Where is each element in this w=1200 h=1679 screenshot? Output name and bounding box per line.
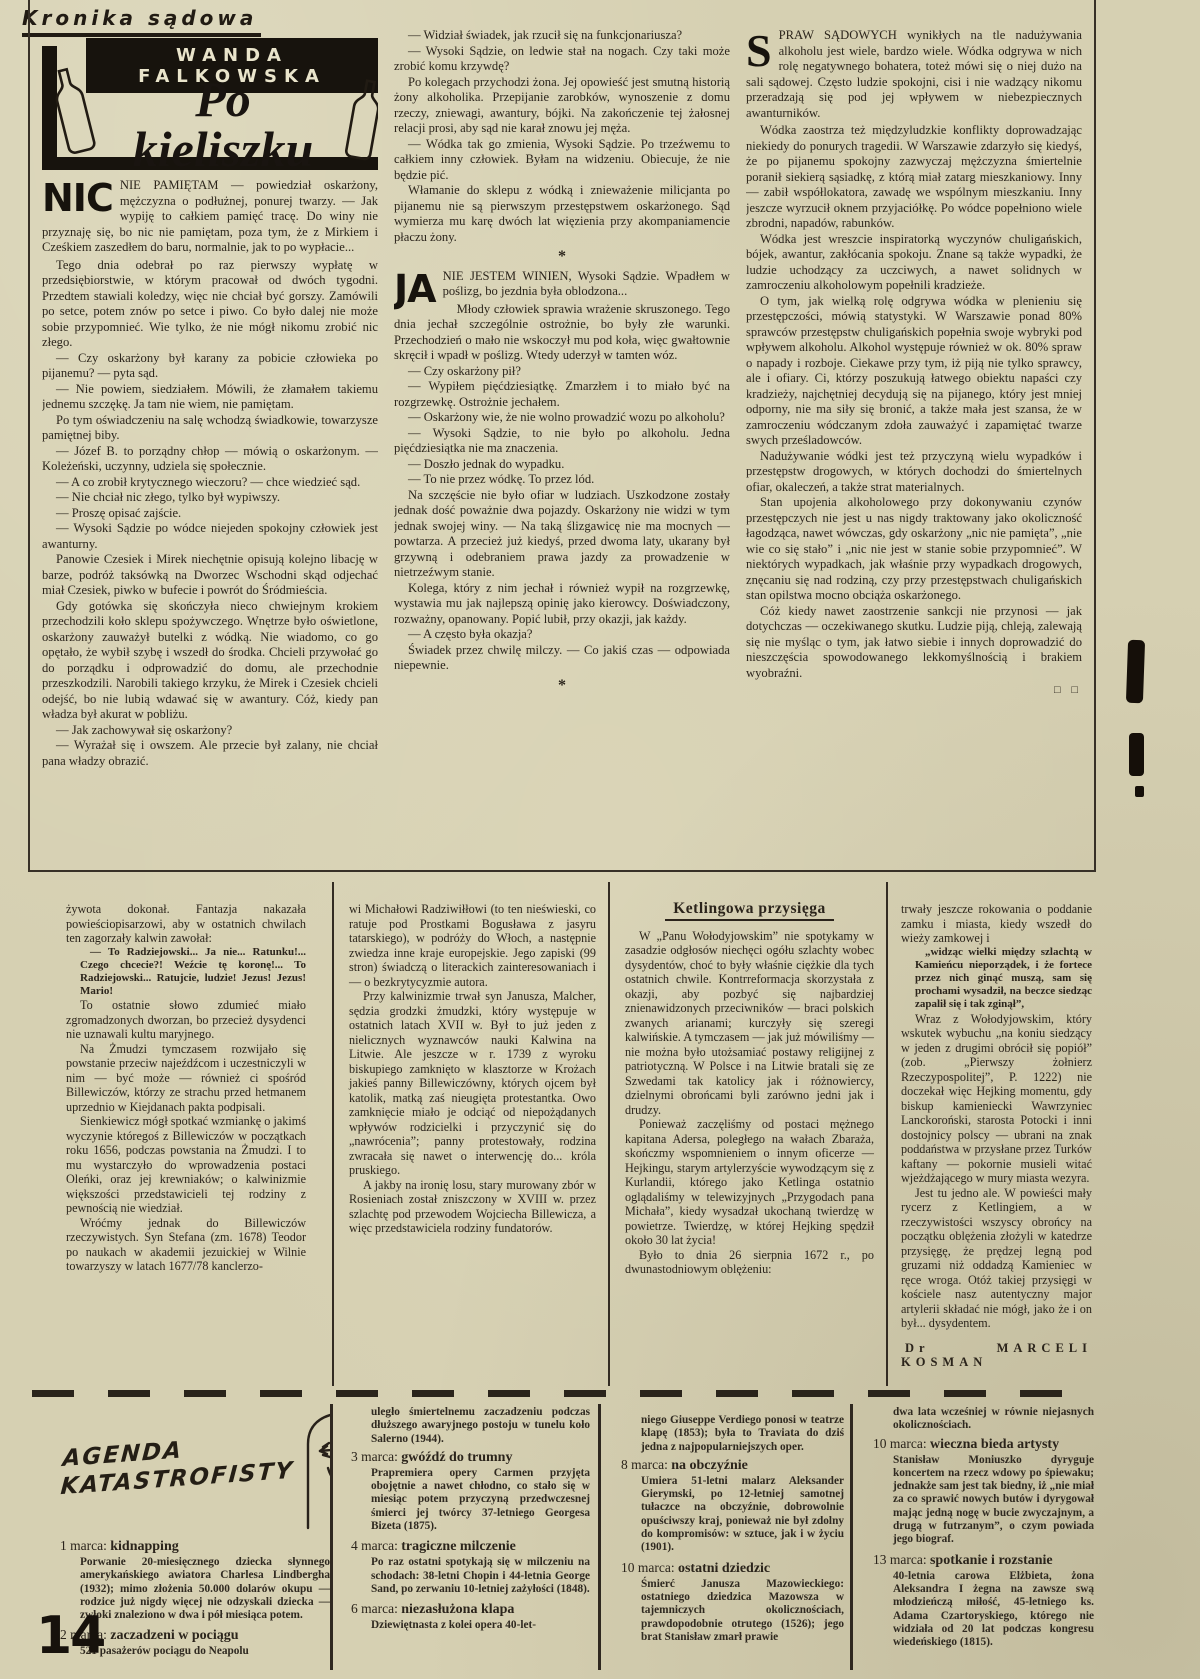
entry-title: spotkanie i rozstanie — [930, 1553, 1053, 1568]
paragraph: Gdy gotówka się skończyła nieco chwiejny… — [42, 599, 378, 723]
dropcap: S — [746, 32, 772, 70]
paragraph: — A często była okazja? — [394, 627, 730, 643]
lead-article-frame: WANDA FALKOWSKA Po kieliszku NICNIE PAMI… — [28, 0, 1096, 872]
agenda-column-3: niego Giuseppe Verdiego ponosi w teatrze… — [598, 1404, 850, 1670]
history-column-1: żywota dokonał. Fantazja nakazała powieś… — [28, 882, 332, 1386]
paragraph: „widząc wielki między szlachtą w Kamieńc… — [901, 946, 1092, 1012]
lead-article-column-1: WANDA FALKOWSKA Po kieliszku NICNIE PAMI… — [42, 0, 378, 870]
paragraph: Stan upojenia alkoholowego przy dokonywa… — [746, 495, 1082, 604]
paragraph-text: PRAW SĄDOWYCH wynikłych na tle nadużywan… — [746, 28, 1082, 120]
paragraph: Wódka jest wreszcie inspiratorką wyczynó… — [746, 232, 1082, 294]
paragraph: Tego dnia odebrał po raz pierwszy wypłat… — [42, 258, 378, 351]
entry-title: wieczna bieda artysty — [930, 1437, 1059, 1452]
entry-date: 1 marca: — [60, 1538, 110, 1553]
paragraph: — To nie przez wódkę. To przez lód. — [394, 472, 730, 488]
article-title: Po kieliszku — [108, 74, 338, 174]
history-article-section: żywota dokonał. Fantazja nakazała powieś… — [28, 882, 1096, 1386]
paragraph: To ostatnie słowo zdumieć miało zgromadz… — [66, 998, 306, 1042]
paragraph: Wraz z Wołodyjowskim, który wskutek wybu… — [901, 1012, 1092, 1186]
agenda-column-2: uległo śmiertelnemu zaczadzeniu podczas … — [330, 1404, 598, 1670]
lead-article-header: WANDA FALKOWSKA Po kieliszku — [42, 38, 378, 170]
paragraph: trwały jeszcze rokowania o poddanie zamk… — [901, 902, 1092, 946]
paragraph: — Józef B. to porządny chłop — mówią o o… — [42, 444, 378, 475]
paragraph: — Czy oskarżony pił? — [394, 364, 730, 380]
entry-date: 3 marca: — [351, 1449, 401, 1464]
paragraph: — Jak zachowywał się oskarżony? — [42, 723, 378, 739]
paragraph: Włamanie do sklepu z wódką i znieważenie… — [394, 183, 730, 245]
paragraph: W „Panu Wołodyjowskim” nie spotykamy w z… — [625, 929, 874, 1118]
agenda-entry: 4 marca: tragiczne milczeniePo raz ostat… — [351, 1538, 590, 1596]
newspaper-page: Kronika sądowa WANDA FALKOWSKA Po kielis… — [0, 0, 1200, 1679]
paragraph: Na Żmudzi tymczasem rozwijało się powsta… — [66, 1042, 306, 1115]
entry-body: Prapremiera opery Carmen przyjęta obojęt… — [351, 1467, 590, 1533]
entry-date: 8 marca: — [621, 1457, 671, 1472]
paragraph: żywota dokonał. Fantazja nakazała powieś… — [66, 902, 306, 946]
entry-title: niezasłużona klapa — [401, 1602, 514, 1617]
dashed-section-divider — [32, 1390, 1092, 1397]
paragraph: Było to dnia 26 sierpnia 1672 r., po dwu… — [625, 1248, 874, 1277]
paragraph-list: W „Panu Wołodyjowskim” nie spotykamy w z… — [625, 929, 874, 1277]
history-column-2: wi Michałowi Radziwiłłowi (to ten nieświ… — [332, 882, 608, 1386]
paragraph-list: Wódka zaostrza też międzyludzkie konflik… — [746, 123, 1082, 681]
entry-date: 13 marca: — [873, 1552, 930, 1567]
lead-article-column-3: SPRAW SĄDOWYCH wynikłych na tle nadużywa… — [746, 0, 1082, 870]
entry-body: Śmierć Janusza Mazowieckiego: ostatniego… — [621, 1578, 844, 1644]
entry-title: tragiczne milczenie — [401, 1539, 516, 1554]
paragraph: — Proszę opisać zajście. — [42, 506, 378, 522]
paragraph: Panowie Czesiek i Mirek niechętnie opisu… — [42, 552, 378, 599]
paragraph-list: trwały jeszcze rokowania o poddanie zamk… — [901, 902, 1092, 1331]
star-separator: * — [394, 678, 730, 694]
entry-title: na obczyźnie — [671, 1458, 748, 1473]
paragraph: Przy kalwinizmie trwał syn Janusza, Malc… — [349, 989, 596, 1178]
agenda-section: AGENDA KATASTROFISTY — [28, 1404, 1096, 1670]
history-column-3: Ketlingowa przysięga W „Panu Wołodyjowsk… — [608, 882, 886, 1386]
entry-body: 40-letnia carowa Elżbieta, żona Aleksand… — [873, 1570, 1094, 1650]
paragraph: Nadużywanie wódki jest też przyczyną wie… — [746, 449, 1082, 496]
scan-artifact — [1129, 733, 1144, 776]
entry-title: gwóźdź do trumny — [401, 1450, 512, 1465]
continuation-paragraph: dwa lata wcześniej w równie niejasnych o… — [873, 1406, 1094, 1433]
paragraph: Sienkiewicz mógł spotkać wzmiankę o jaki… — [66, 1114, 306, 1216]
entry-body: Umiera 51-letni malarz Aleksander Gierym… — [621, 1475, 844, 1555]
agenda-title: AGENDA KATASTROFISTY — [57, 1430, 297, 1539]
agenda-entry-head: 1 marca: kidnapping — [60, 1538, 330, 1555]
star-separator: * — [394, 249, 730, 265]
paragraph: Wódka zaostrza też międzyludzkie konflik… — [746, 123, 1082, 232]
agenda-column-4: dwa lata wcześniej w równie niejasnych o… — [850, 1404, 1096, 1670]
paragraph-text: NIE JESTEM WINIEN, Wysoki Sądzie. Wpadłe… — [443, 269, 730, 299]
paragraph: A jakby na ironię losu, stary murowany z… — [349, 1178, 596, 1236]
paragraph: — Oskarżony wie, że nie wolno prowadzić … — [394, 410, 730, 426]
entry-body: Po raz ostatni spotykają się w milczeniu… — [351, 1556, 590, 1596]
paragraph: Po tym oświadczeniu na salę wchodzą świa… — [42, 413, 378, 444]
scan-artifact — [1135, 786, 1144, 797]
history-column-4: trwały jeszcze rokowania o poddanie zamk… — [886, 882, 1096, 1386]
paragraph: — To Radziejowski... Ja nie... Ratunku!.… — [66, 946, 306, 999]
entry-title: ostatni dziedzic — [678, 1561, 770, 1576]
paragraph: Ponieważ zaczęliśmy od postaci mężnego k… — [625, 1117, 874, 1248]
paragraph-list: żywota dokonał. Fantazja nakazała powieś… — [66, 902, 306, 1274]
entry-date: 10 marca: — [621, 1560, 678, 1575]
continuation-paragraph: niego Giuseppe Verdiego ponosi w teatrze… — [621, 1414, 844, 1454]
lead-paragraph: JANIE JESTEM WINIEN, Wysoki Sądzie. Wpad… — [394, 269, 730, 300]
agenda-entry: 13 marca: spotkanie i rozstanie40-letnia… — [873, 1552, 1094, 1650]
paragraph: Kolega, który z nim jechał i również wyp… — [394, 581, 730, 628]
paragraph: O tym, jak wielką rolę odgrywa wódka w p… — [746, 294, 1082, 449]
paragraph: wi Michałowi Radziwiłłowi (to ten nieświ… — [349, 902, 596, 989]
agenda-entry-head: 13 marca: spotkanie i rozstanie — [873, 1552, 1094, 1569]
subarticle-title: Ketlingowa przysięga — [665, 902, 834, 921]
scan-artifact — [1126, 640, 1145, 704]
entry-title: kidnapping — [110, 1539, 179, 1554]
paragraph: Po kolegach przychodzi żona. Jej opowieś… — [394, 75, 730, 137]
paragraph: — Wysoki Sądzie, to nie było po alkoholu… — [394, 426, 730, 457]
entry-date: 6 marca: — [351, 1601, 401, 1616]
paragraph: Jest tu jedno ale. W powieści mały rycer… — [901, 1186, 1092, 1331]
entry-date: 10 marca: — [873, 1436, 930, 1451]
paragraph: — Czy oskarżony był karany za pobicie cz… — [42, 351, 378, 382]
paragraph: — Widział świadek, jak rzucił się na fun… — [394, 28, 730, 44]
agenda-entry-head: 6 marca: niezasłużona klapa — [351, 1601, 590, 1618]
paragraph: Młody człowiek sprawia wrażenie skruszon… — [394, 302, 730, 364]
paragraph: — Doszło jednak do wypadku. — [394, 457, 730, 473]
paragraph: Cóż kiedy nawet zaostrzenie sankcji nie … — [746, 604, 1082, 682]
lead-article-column-2: — Widział świadek, jak rzucił się na fun… — [394, 0, 730, 870]
agenda-entry-list: 10 marca: wieczna bieda artystyStanisław… — [873, 1436, 1094, 1650]
paragraph: — Wysoki Sądzie po wódce niejeden spokoj… — [42, 521, 378, 552]
dropcap: JA — [394, 272, 436, 306]
lead-paragraph: NICNIE PAMIĘTAM — powiedział oskarżony, … — [42, 178, 378, 256]
continuation-paragraph: uległo śmiertelnemu zaczadzeniu podczas … — [351, 1406, 590, 1446]
paragraph: Wróćmy jednak do Billewiczów rzeczywisty… — [66, 1216, 306, 1274]
agenda-entry-head: 10 marca: wieczna bieda artysty — [873, 1436, 1094, 1453]
agenda-entry: 8 marca: na obczyźnieUmiera 51-letni mal… — [621, 1457, 844, 1555]
agenda-entry-head: 4 marca: tragiczne milczenie — [351, 1538, 590, 1555]
paragraph: — A co zrobił krytycznego wieczoru? — ch… — [42, 475, 378, 491]
author-byline: Dr MARCELI KOSMAN — [901, 1341, 1092, 1370]
paragraph: Świadek przez chwilę milczy. — Co jakiś … — [394, 643, 730, 674]
entry-date: 4 marca: — [351, 1538, 401, 1553]
paragraph: — Wysoki Sądzie, on ledwie stał na nogac… — [394, 44, 730, 75]
paragraph: Na szczęście nie było ofiar w ludziach. … — [394, 488, 730, 581]
skeleton-illustration — [298, 1404, 330, 1530]
paragraph-list: — Widział świadek, jak rzucił się na fun… — [394, 28, 730, 245]
entry-title: zaczadzeni w pociągu — [110, 1628, 238, 1643]
paragraph: — Nie powiem, siedziałem. Mówili, że zła… — [42, 382, 378, 413]
agenda-entry: 6 marca: niezasłużona klapaDziewiętnasta… — [351, 1601, 590, 1632]
agenda-entry-list: 8 marca: na obczyźnieUmiera 51-letni mal… — [621, 1457, 844, 1644]
dropcap: NIC — [42, 181, 113, 215]
page-number: 14 — [36, 1606, 104, 1666]
agenda-entry-head: 8 marca: na obczyźnie — [621, 1457, 844, 1474]
agenda-entry: 3 marca: gwóźdź do trumnyPrapremiera ope… — [351, 1449, 590, 1533]
agenda-entry-head: 10 marca: ostatni dziedzic — [621, 1560, 844, 1577]
paragraph: — Nie chciał nic złego, tylko był wypiws… — [42, 490, 378, 506]
agenda-entry: 10 marca: wieczna bieda artystyStanisław… — [873, 1436, 1094, 1547]
lead-paragraph: SPRAW SĄDOWYCH wynikłych na tle nadużywa… — [746, 28, 1082, 121]
paragraph: — Wyrażał się i owszem. Ale przecie był … — [42, 738, 378, 769]
entry-body: Stanisław Moniuszko dyryguje koncertem n… — [873, 1454, 1094, 1547]
agenda-entry: 10 marca: ostatni dziedzicŚmierć Janusza… — [621, 1560, 844, 1644]
agenda-entry-head: 3 marca: gwóźdź do trumny — [351, 1449, 590, 1466]
agenda-header: AGENDA KATASTROFISTY — [60, 1404, 330, 1530]
end-of-article-marks: □ □ — [746, 683, 1082, 699]
paragraph: — Wódka tak go zmienia, Wysoki Sądzie. P… — [394, 137, 730, 184]
entry-body: Dziewiętnasta z kolei opera 40-let- — [351, 1619, 590, 1632]
paragraph-list: Młody człowiek sprawia wrażenie skruszon… — [394, 302, 730, 674]
paragraph-list: Tego dnia odebrał po raz pierwszy wypłat… — [42, 258, 378, 770]
paragraph: — Wypiłem pięćdziesiątkę. Zmarzłem i to … — [394, 379, 730, 410]
agenda-entry-list: 3 marca: gwóźdź do trumnyPrapremiera ope… — [351, 1449, 590, 1633]
paragraph-list: wi Michałowi Radziwiłłowi (to ten nieświ… — [349, 902, 596, 1236]
